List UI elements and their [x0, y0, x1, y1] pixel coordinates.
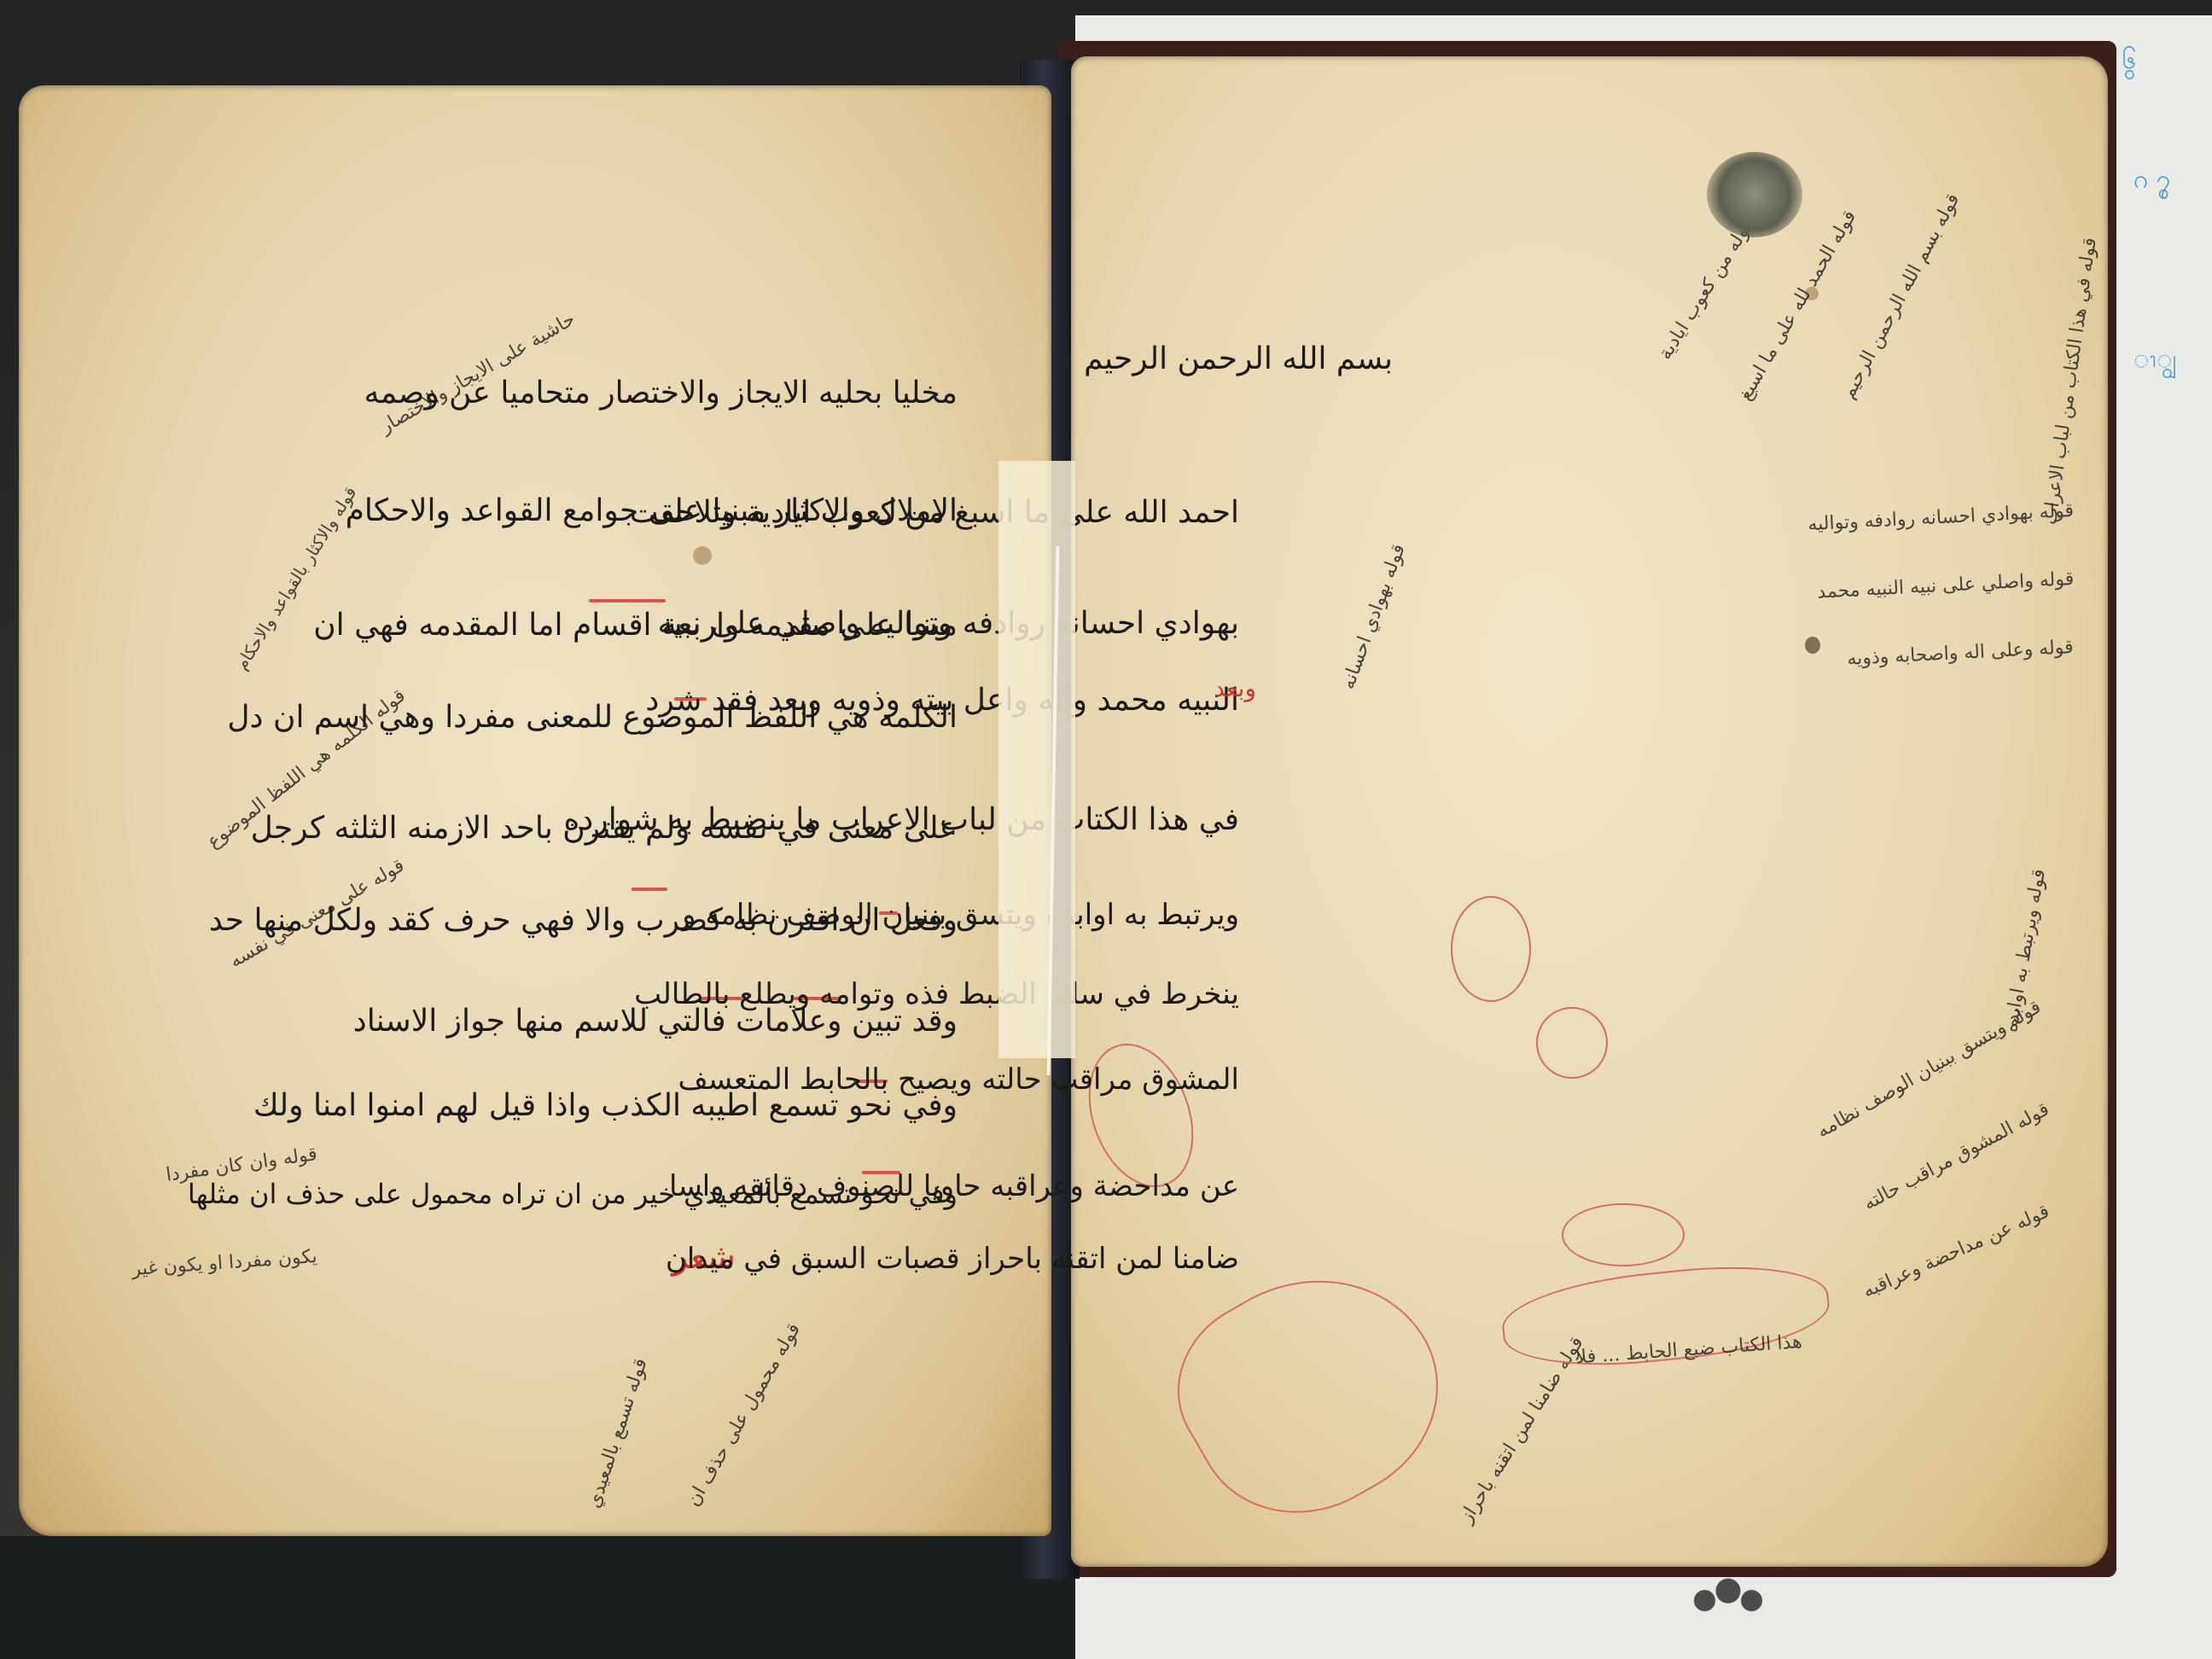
red-annotation-loop: [1536, 1007, 1608, 1079]
text-line: المشوق مراقب حالته ويصيح بالحابط المتعسف: [678, 1062, 1239, 1097]
marginal-gloss: قوله محمول على حذف ان: [682, 1319, 804, 1510]
rubric-overline: [632, 888, 667, 891]
marginal-gloss: قوله تسمع بالمعيدي: [584, 1356, 652, 1511]
rubric-overline: [589, 599, 666, 602]
marginal-gloss: قوله والاكثار بالقواعد والاحكام: [230, 483, 360, 673]
marginal-gloss: قوله واصلي على نبيه النبيه محمد: [1817, 568, 2075, 603]
text-line: بهوادي احسانه روادفه وتواليه واصلي على ن…: [657, 606, 1239, 641]
blue-handwriting-3: ၫျွ: [2133, 341, 2177, 380]
marginal-gloss: قوله من كعوب ايادية: [1655, 215, 1759, 364]
marginal-gloss: قوله وعلى اله واصحابه وذويه: [1847, 637, 2074, 670]
text-line: عن مداحضة وعراقبه حاويا للصنوف دقائقه وا…: [669, 1169, 1239, 1203]
text-line: مخليا بحليه الايجاز والاختصار متحاميا عن…: [364, 375, 958, 410]
red-annotation-loop: [1562, 1203, 1685, 1266]
text-line: ويرتبط به اوابده ويتسق ببنيان الوصف نظام…: [682, 898, 1239, 932]
text-line: في هذا الكتاب من لباب الاعراب ما ينضبط ب…: [563, 802, 1239, 837]
marginal-gloss: حاشية على الايجاز والاختصار: [376, 309, 579, 438]
marginal-gloss: قوله بهوادي احسانه روادفه وتواليه: [1807, 500, 2075, 535]
red-annotation-loop: [1451, 896, 1531, 1002]
rubric-word: وبعد: [1214, 674, 1256, 702]
ink-stain: [693, 546, 712, 565]
owner-seal-stamp: [1707, 152, 1802, 237]
basmala: بسم الله الرحمن الرحيم: [1084, 341, 1393, 376]
marginal-gloss: قوله المشوق مراقب حالته: [1860, 1098, 2053, 1214]
repair-tape: [998, 461, 1075, 1058]
text-line: ينخرط في سلك الضبط فذه وتوامه ويطلع بالط…: [634, 977, 1239, 1011]
text-line: ضامنا لمن اتقنه باحراز قصبات السبق في مي…: [666, 1242, 1239, 1276]
marginal-gloss: قوله بهوادي احسانه: [1337, 541, 1410, 692]
blue-handwriting-2: ဂ ၇ွ: [2133, 162, 2171, 201]
table-shadow: [0, 1536, 1092, 1659]
marginal-gloss: يكون مفردا او يكون غير: [131, 1246, 318, 1280]
marginal-gloss: قوله في هذا الكتاب من لباب الاعراب: [2040, 236, 2101, 527]
marginal-gloss: قوله عن مداحضة وعراقبه: [1860, 1201, 2052, 1302]
text-line: النبيه محمد واله واعل بيته وذويه وبعد فق…: [645, 683, 1239, 718]
ink-stain: [1805, 637, 1820, 654]
text-line: احمد الله على ما اسبغ من كعوب ايادية وتل…: [630, 495, 1239, 530]
